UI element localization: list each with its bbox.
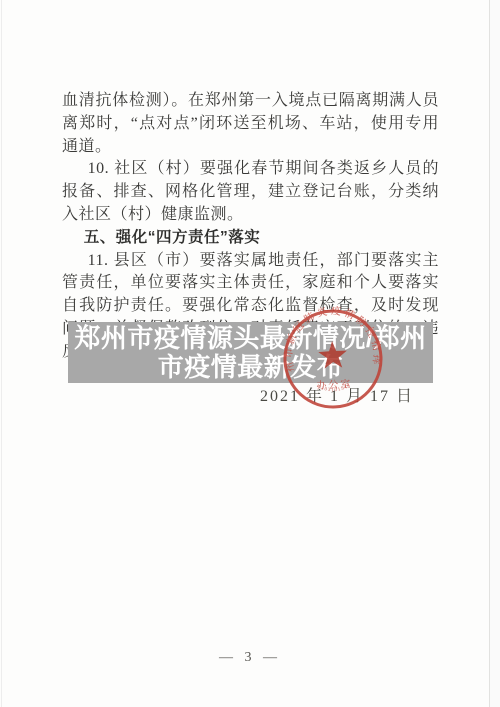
scan-edge-left	[1, 0, 2, 707]
paragraph-item-10: 10. 社区（村）要强化春节期间各类返乡人员的报备、排查、网格化管理，建立登记台…	[62, 158, 439, 226]
scan-edge-right	[489, 0, 490, 707]
official-seal-stamp-icon: 郑州市新冠肺炎疫情防控指挥部 办公室 0103101548	[277, 303, 388, 414]
document-page: 血清抗体检测）。在郑州第一入境点已隔离期满人员离郑时，“点对点”闭环送至机场、车…	[0, 0, 500, 707]
scan-margin-right	[490, 0, 500, 707]
paragraph-continuation: 血清抗体检测）。在郑州第一入境点已隔离期满人员离郑时，“点对点”闭环送至机场、车…	[62, 90, 439, 158]
seal-star-icon	[318, 340, 348, 369]
page-number: — 3 —	[0, 650, 500, 666]
section-heading: 五、强化“四方责任”落实	[62, 227, 439, 250]
